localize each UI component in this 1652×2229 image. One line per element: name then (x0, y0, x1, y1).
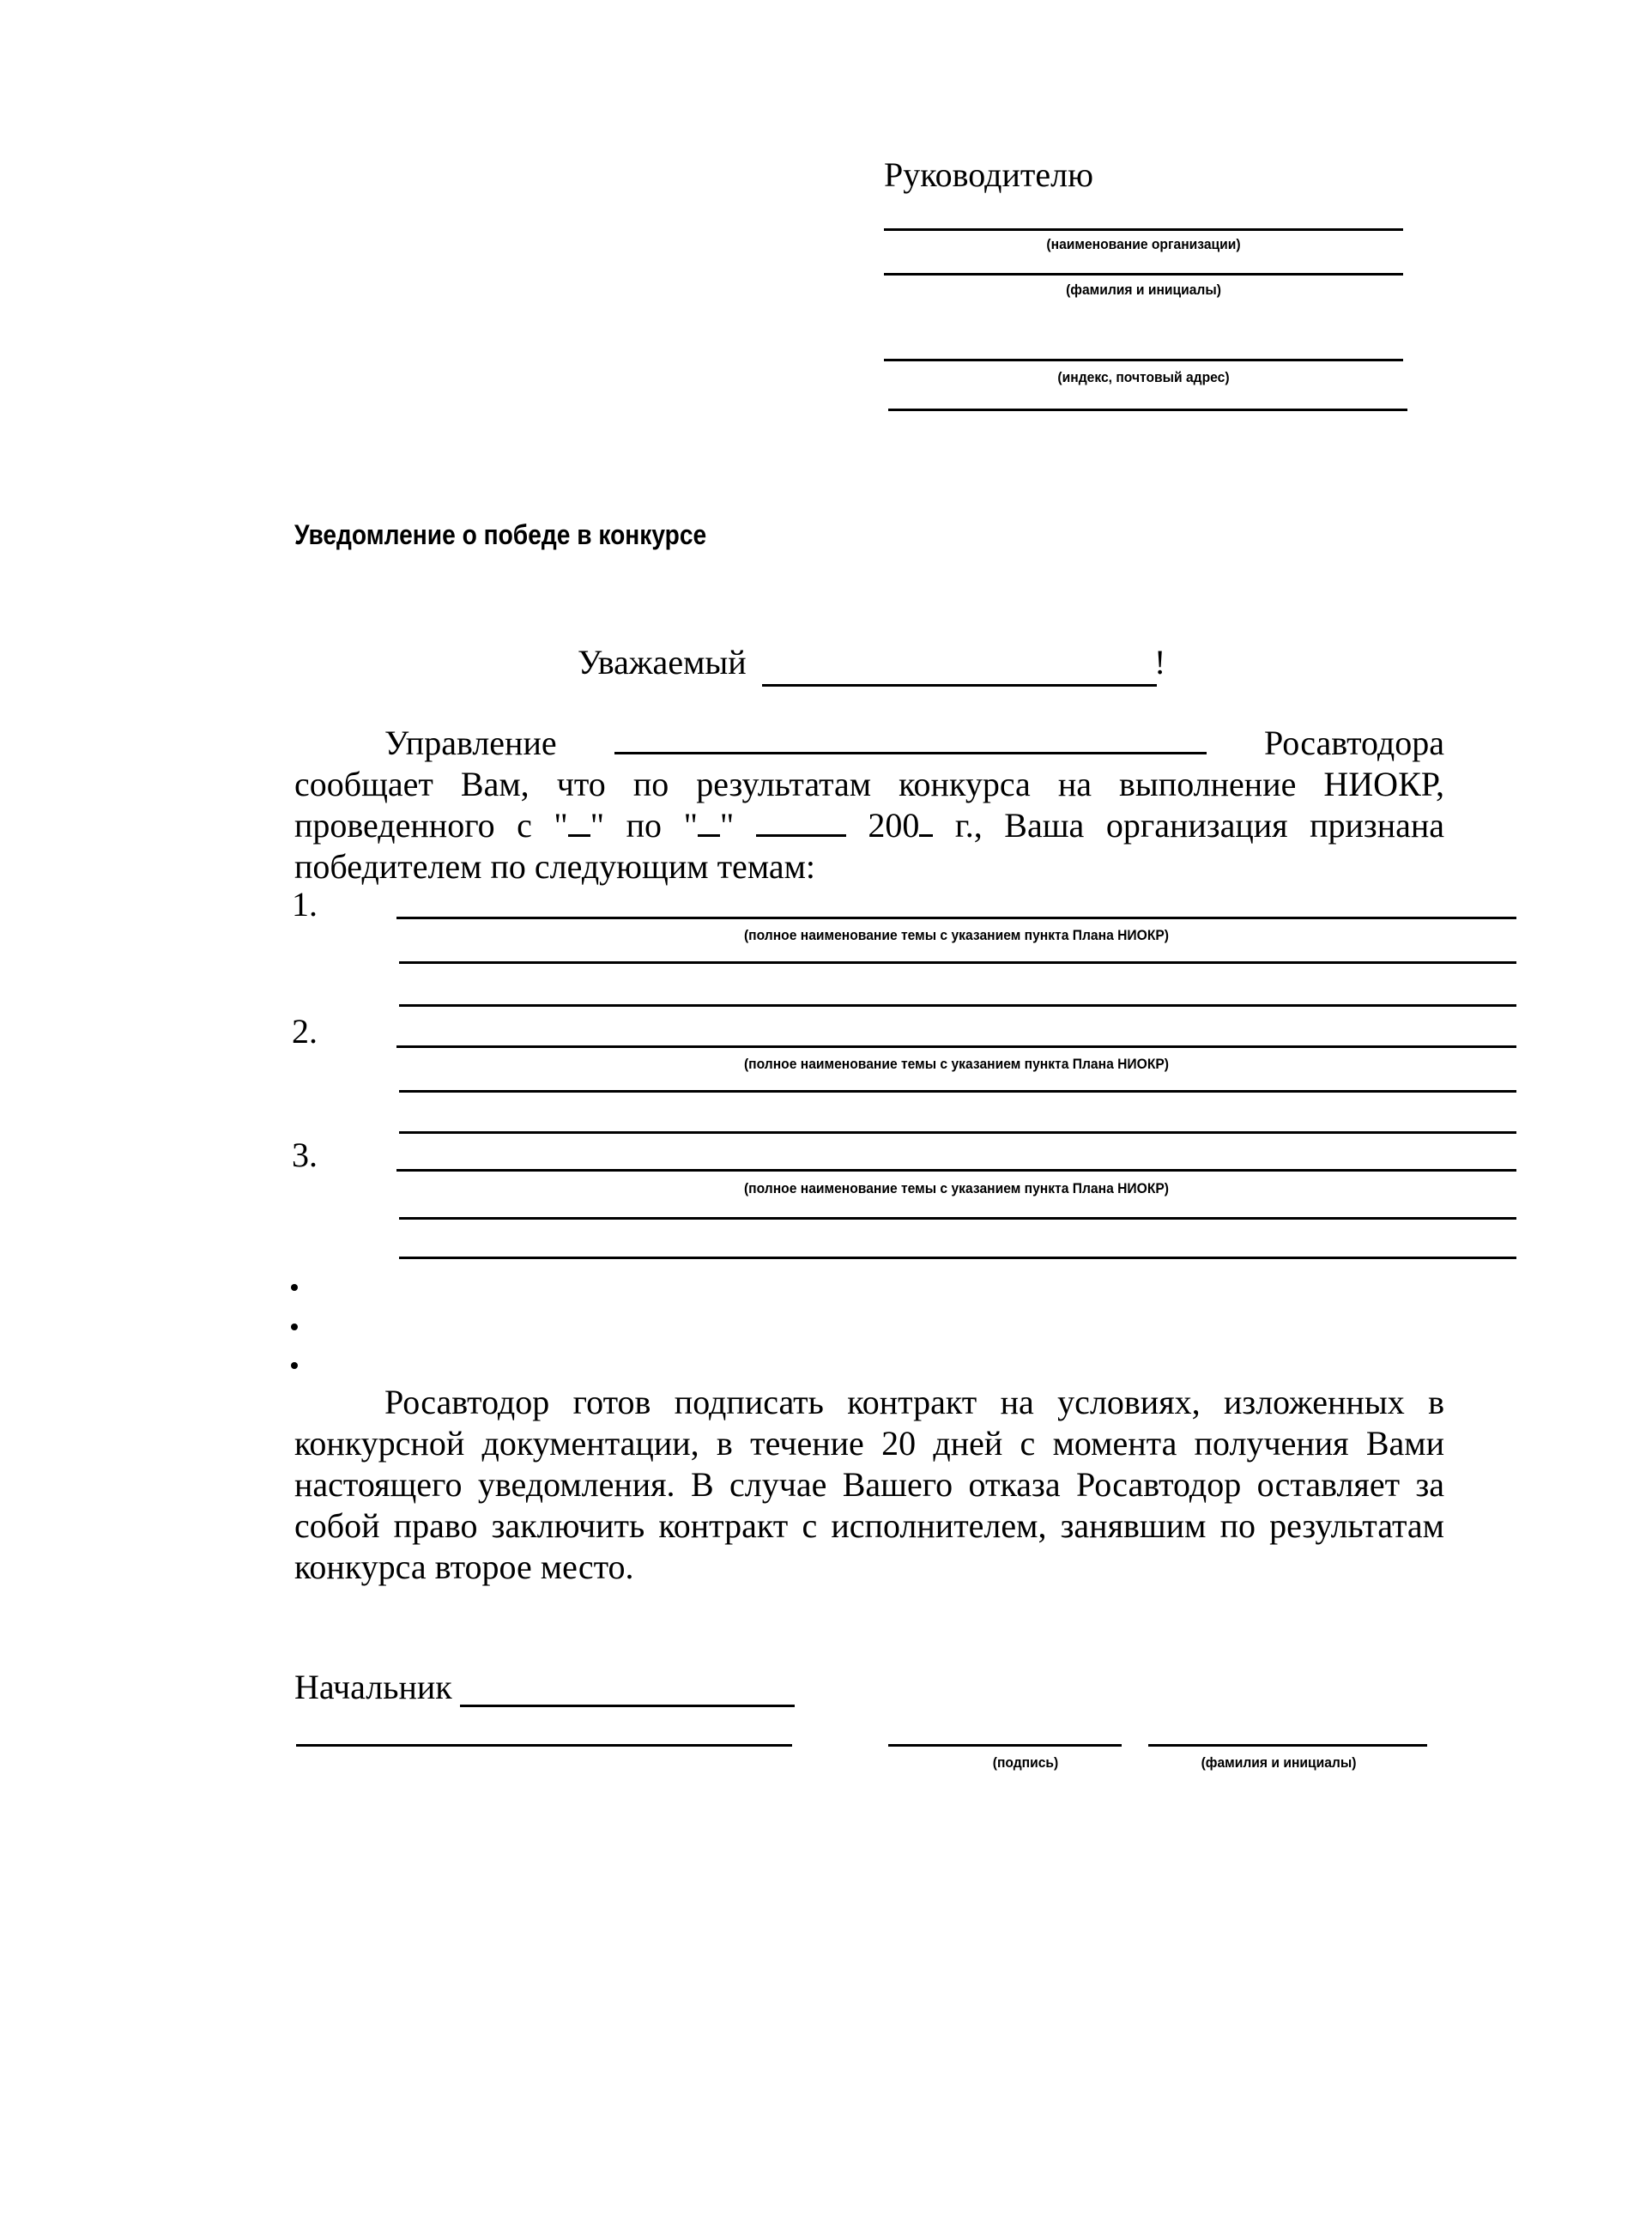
topic-2-line-1[interactable] (396, 1045, 1516, 1048)
address-line[interactable] (884, 359, 1403, 361)
topic-number-3: 3. (292, 1135, 318, 1175)
continuation-dot (291, 1362, 298, 1369)
paragraph-text-b: " по " (590, 806, 698, 845)
end-day-blank[interactable] (698, 809, 720, 837)
chief-title-line[interactable] (460, 1705, 795, 1707)
chief-label: Начальник (294, 1667, 452, 1707)
topic-number-2: 2. (292, 1011, 318, 1051)
signature-caption: (подпись) (966, 1754, 1085, 1772)
address-caption: (индекс, почтовый адрес) (905, 369, 1383, 386)
start-day-blank[interactable] (568, 809, 590, 837)
month-blank[interactable] (756, 809, 846, 837)
organization-caption: (наименование организации) (905, 236, 1383, 253)
salutation: Уважаемый (578, 642, 747, 682)
topic-2-line-3[interactable] (399, 1131, 1516, 1134)
year-blank[interactable] (919, 809, 933, 837)
topic-3-line-3[interactable] (399, 1257, 1516, 1259)
department-name-line[interactable] (614, 726, 1207, 754)
topic-1-caption: (полное наименование темы с указанием пу… (441, 927, 1472, 944)
topic-2-line-2[interactable] (399, 1090, 1516, 1093)
organization-line[interactable] (884, 228, 1403, 231)
recipient-name-line[interactable] (884, 273, 1403, 276)
topic-3-line-2[interactable] (399, 1217, 1516, 1220)
org-suffix: Росавтодора (1264, 723, 1444, 764)
subject-heading: Уведомление о победе в конкурсе (294, 519, 706, 551)
continuation-dot (291, 1284, 298, 1291)
contract-paragraph: Росавтодор готов подписать контракт на у… (294, 1382, 1444, 1588)
topic-2-caption: (полное наименование темы с указанием пу… (441, 1056, 1472, 1073)
contract-paragraph-text: Росавтодор готов подписать контракт на у… (294, 1383, 1444, 1586)
topic-3-caption: (полное наименование темы с указанием пу… (441, 1180, 1472, 1197)
addressee-title: Руководителю (884, 154, 1093, 195)
address-line-2[interactable] (888, 409, 1407, 411)
signer-name-line[interactable] (1148, 1744, 1427, 1747)
paragraph-text-c: " (720, 806, 734, 845)
signer-name-caption: (фамилия и инициалы) (1172, 1754, 1385, 1772)
topic-1-line-1[interactable] (396, 917, 1516, 919)
recipient-name-caption: (фамилия и инициалы) (905, 282, 1383, 299)
department-label: Управление (384, 724, 557, 762)
department-signature-line[interactable] (296, 1744, 792, 1747)
topic-3-line-1[interactable] (396, 1169, 1516, 1172)
year-prefix: 200 (868, 806, 919, 845)
topic-1-line-3[interactable] (399, 1004, 1516, 1007)
topic-1-line-2[interactable] (399, 961, 1516, 964)
salutation-exclamation: ! (1154, 642, 1165, 682)
salutation-name-line[interactable] (762, 684, 1157, 687)
notification-paragraph: Управление Росавтодора сообщает Вам, что… (294, 723, 1444, 887)
signature-line[interactable] (888, 1744, 1122, 1747)
topic-number-1: 1. (292, 884, 318, 924)
continuation-dot (291, 1323, 298, 1330)
